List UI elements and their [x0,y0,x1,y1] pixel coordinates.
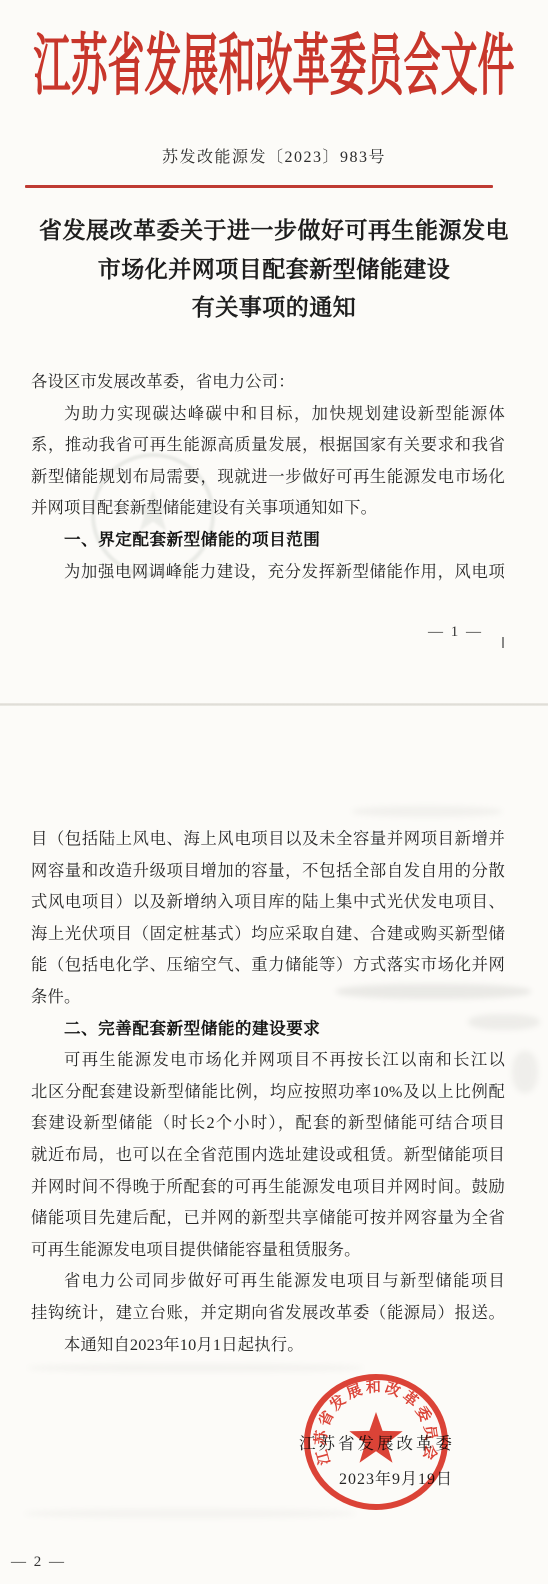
scanned-document: 江苏省发展和改革委员会文件 苏发改能源发〔2023〕983号 省发展改革委关于进… [0,0,548,1584]
salutation: 各设区市发展改革委，省电力公司： [31,366,505,398]
page2-body: 目（包括陆上风电、海上风电项目以及未全容量并网项目新增并 网容量和改造升级项目增… [31,823,505,1360]
body-line: 本通知自2023年10月1日起执行。 [31,1329,505,1361]
body-line: 并网项目配套新型储能建设有关事项通知如下。 [31,492,505,524]
document-number: 苏发改能源发〔2023〕983号 [0,144,548,167]
title-line-3: 有关事项的通知 [0,289,548,328]
title-line-2: 市场化并网项目配套新型储能建设 [0,251,548,290]
body-line: 套建设新型储能（时长2个小时），配套的新型储能可结合项目 [31,1107,505,1139]
body-line: 并网时间不得晚于所配套的可再生能源发电项目并网时间。鼓励 [31,1171,505,1203]
page-2: 目（包括陆上风电、海上风电项目以及未全容量并网项目新增并 网容量和改造升级项目增… [0,706,548,1584]
section-heading-1: 一、界定配套新型储能的项目范围 [31,524,505,556]
page-1: 江苏省发展和改革委员会文件 苏发改能源发〔2023〕983号 省发展改革委关于进… [0,0,548,704]
body-line: 可再生能源发电市场化并网项目不再按长江以南和长江以 [31,1044,505,1076]
page-number-1: — 1 — [428,624,483,641]
page1-body: 各设区市发展改革委，省电力公司： 为助力实现碳达峰碳中和目标，加快规划建设新型能… [31,366,505,587]
scan-smudge [512,1051,538,1093]
red-divider-rule [25,185,493,188]
scan-artifact-tick [502,637,504,648]
document-title: 省发展改革委关于进一步做好可再生能源发电 市场化并网项目配套新型储能建设 有关事… [0,212,548,328]
body-line: 能（包括电化学、压缩空气、重力储能等）方式落实市场化并网 [31,949,505,981]
body-line: 式风电项目）以及新增纳入项目库的陆上集中式光伏发电项目、 [31,886,505,918]
body-line: 目（包括陆上风电、海上风电项目以及未全容量并网项目新增并 [31,823,505,855]
title-line-1: 省发展改革委关于进一步做好可再生能源发电 [0,212,548,251]
scan-smudge [352,806,502,817]
official-seal: 江苏省发展和改革委员会 [302,1372,450,1512]
body-line: 网容量和改造升级项目增加的容量，不包括全部自发自用的分散 [31,855,505,887]
body-line: 为加强电网调峰能力建设，充分发挥新型储能作用，风电项 [31,556,505,588]
body-line: 系，推动我省可再生能源高质量发展，根据国家有关要求和我省 [31,429,505,461]
body-line: 储能项目先建后配，已并网的新型共享储能可按并网容量为全省 [31,1202,505,1234]
body-line: 条件。 [31,981,505,1013]
body-line: 海上光伏项目（固定桩基式）均应采取自建、合建或购买新型储 [31,918,505,950]
body-line: 北区分配套建设新型储能比例，均应按照功率10%及以上比例配 [31,1076,505,1108]
body-line: 省电力公司同步做好可再生能源发电项目与新型储能项目 [31,1265,505,1297]
body-line: 挂钩统计，建立台账，并定期向省发展改革委（能源局）报送。 [31,1297,505,1329]
page-number-2: — 2 — [11,1554,66,1571]
red-letterhead-title: 江苏省发展和改革委员会文件 [0,10,548,108]
scan-smudge [28,1364,363,1372]
body-line: 可再生能源发电项目提供储能容量租赁服务。 [31,1234,505,1266]
section-heading-2: 二、完善配套新型储能的建设要求 [31,1013,505,1045]
body-line: 为助力实现碳达峰碳中和目标，加快规划建设新型能源体 [31,398,505,430]
body-line: 就近布局，也可以在全省范围内选址建设或租赁。新型储能项目 [31,1139,505,1171]
body-line: 新型储能规划布局需要，现就进一步做好可再生能源发电市场化 [31,461,505,493]
